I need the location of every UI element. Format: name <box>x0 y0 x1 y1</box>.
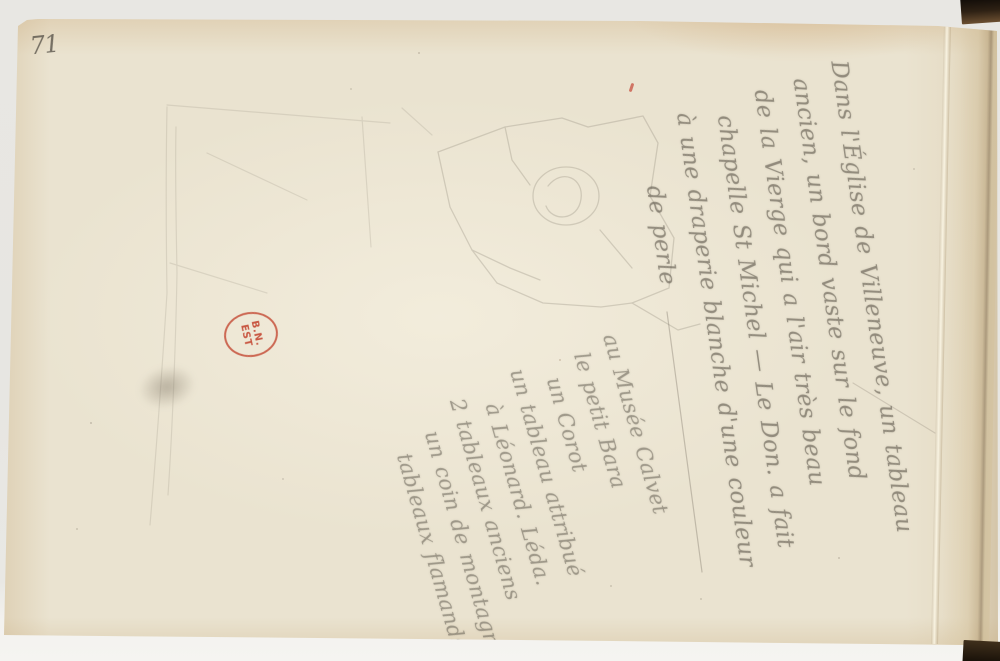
scanned-notebook-photo: 71 Dans l'Église de Villeneuve, un table… <box>0 0 1000 661</box>
binding-edge-bottom <box>962 640 1000 661</box>
note-line: au Musée Calvet <box>593 330 627 349</box>
pencil-smudge <box>134 359 201 415</box>
note-line: Dans l'Église de Villeneuve, un tableau <box>818 58 859 73</box>
notebook-page: 71 Dans l'Église de Villeneuve, un table… <box>0 0 1000 661</box>
page-gutter <box>941 24 1000 649</box>
binding-edge-top <box>960 0 1000 24</box>
note-line: de perle <box>620 86 661 101</box>
note-line: un Corot <box>530 348 564 367</box>
note-line: tableaux flamands <box>371 394 405 413</box>
note-line: ancien, un bord vaste sur le fond <box>779 64 820 79</box>
note-line: à une draperie blanche d'une couleur <box>660 80 701 95</box>
note-line: le petit Bara <box>562 339 596 358</box>
note-line: à Léonard. Léda. <box>466 366 500 385</box>
bnf-stamp: B.N. EST <box>221 308 281 360</box>
note-line: un coin de montagne <box>403 385 437 404</box>
note-line: de la Vierge qui a l'air très beau <box>739 69 780 84</box>
note-line: un tableau attribué <box>498 357 532 376</box>
note-line: 2 tableaux anciens <box>435 375 469 394</box>
folio-number: 71 <box>29 30 60 61</box>
bnf-stamp-text: B.N. EST <box>238 320 264 349</box>
handwritten-note-top: Dans l'Église de Villeneuve, un tableau … <box>620 58 859 101</box>
paper-specks <box>0 0 2 2</box>
note-line: chapelle St Michel — Le Don. a fait <box>700 75 741 90</box>
handwritten-note-bottom: au Musée Calvet le petit Bara un Corot u… <box>371 330 628 412</box>
